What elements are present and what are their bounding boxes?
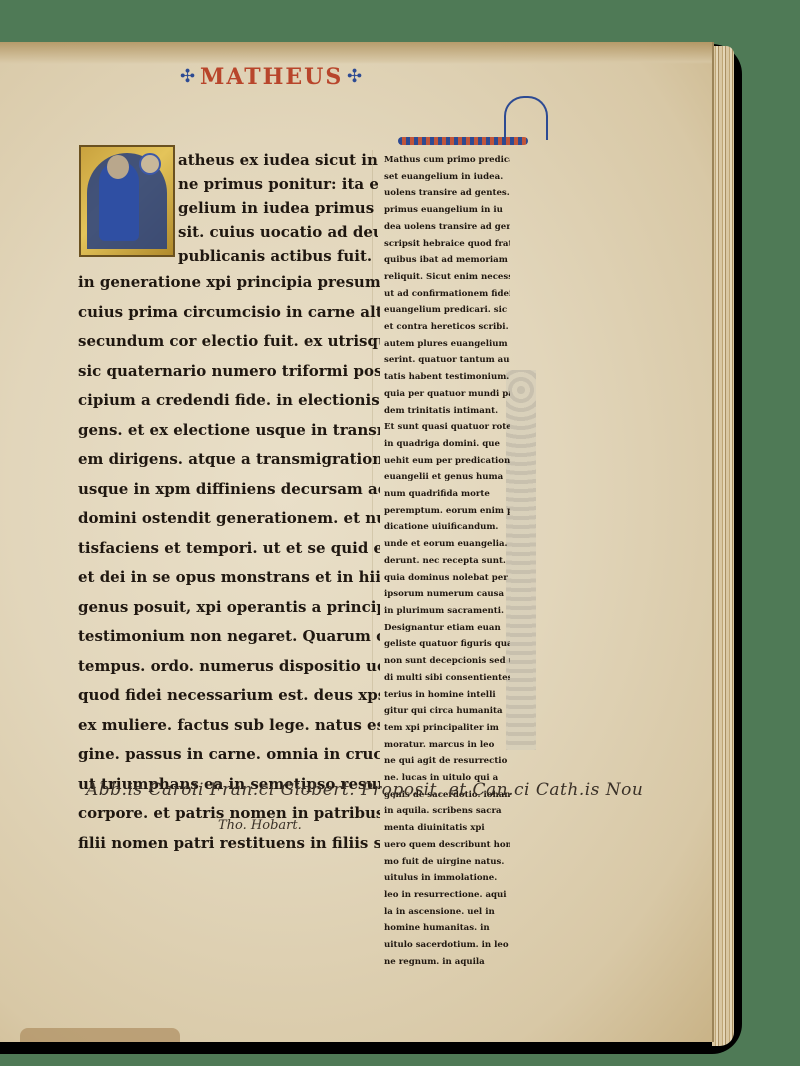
text-line: tempus. ordo. numerus dispositio uel rat… [78, 652, 380, 682]
text-line: in generatione xpi principia presumens u… [78, 268, 380, 298]
text-line: reliquit. Sicut enim necesse fuit [384, 269, 510, 286]
text-line: ipsorum numerum causa [384, 586, 510, 603]
text-line: cuius prima circumcisio in carne alteriu… [78, 298, 380, 328]
text-line: primus euangelium in iu [384, 202, 510, 219]
text-line: atheus ex iudea sicut in ordi [178, 148, 378, 172]
text-line: terius in homine intelli [384, 687, 510, 704]
text-line: dicatione uiuificandum. [384, 519, 510, 536]
text-line: euangelium predicari. sic [384, 302, 510, 319]
text-line: quia per quatuor mundi partes fi [384, 386, 510, 403]
text-line: leo in resurrectione. aqui [384, 887, 510, 904]
text-line: in plurimum sacramenti. [384, 603, 510, 620]
text-line: set euangelium in iudea. [384, 169, 510, 186]
text-line: ex muliere. factus sub lege. natus est e… [78, 711, 380, 741]
text-line: et contra hereticos scribi. Cum [384, 319, 510, 336]
text-line: secundum cor electio fuit. ex utrisque i… [78, 327, 380, 357]
angel-roundel [139, 153, 161, 175]
text-line: tisfaciens et tempori. ut et se quid ess… [78, 534, 380, 564]
text-line: quod fidei necessarium est. deus xps est… [78, 681, 380, 711]
text-line: uitulo sacerdotium. in leo [384, 937, 510, 954]
text-column-right: Mathus cum primo predicas set euangelium… [384, 152, 510, 970]
water-stain-bottom [20, 1028, 180, 1042]
text-line: tatis habent testimonium. [384, 369, 510, 386]
water-stain-top [0, 42, 712, 64]
text-line: em dirigens. atque a transmigrationis di… [78, 445, 380, 475]
text-line: cipium a credendi fide. in electionis te… [78, 386, 380, 416]
text-line: unde et eorum euangelia. deci [384, 536, 510, 553]
text-column-left: in generatione xpi principia presumens u… [78, 268, 380, 858]
text-line: ut ad confirmationem fidei [384, 286, 510, 303]
text-line: Mathus cum primo predicas [384, 152, 510, 169]
text-line: gens. et ex electione usque in transmigr… [78, 416, 380, 446]
text-line: quia dominus nolebat per [384, 570, 510, 587]
text-line: genus posuit, xpi operantis a principio [78, 593, 380, 623]
text-line: moratur. marcus in leo [384, 737, 510, 754]
running-title: MATHEUS [200, 64, 343, 90]
text-line: dem trinitatis intimant. [384, 403, 510, 420]
text-line: tem xpi principaliter im [384, 720, 510, 737]
text-line: scripsit hebraice quod fratribus a [384, 236, 510, 253]
text-line: serint. quatuor tantum auctori [384, 352, 510, 369]
text-line: menta diuinitatis xpi [384, 820, 510, 837]
text-line: geliste quatuor figuris quae [384, 636, 510, 653]
text-line: ne qui agit de resurrectio [384, 753, 510, 770]
text-line: la in ascensione. uel in [384, 904, 510, 921]
text-line: usque in xpm diffiniens decursam aduentu… [78, 475, 380, 505]
text-line: Et sunt quasi quatuor rote [384, 419, 510, 436]
page-edges [712, 46, 734, 1046]
text-line: in aquila. scribens sacra [384, 803, 510, 820]
text-line: Designantur etiam euan [384, 620, 510, 637]
text-line: publicanis actibus fuit. duorum [178, 244, 378, 268]
penwork-scroll [504, 96, 548, 140]
text-line: uolens transire ad gentes. [384, 185, 510, 202]
text-line: et dei in se opus monstrans et in hiis q… [78, 563, 380, 593]
text-line: in quadriga domini. que [384, 436, 510, 453]
text-line: ne regnum. in aquila [384, 954, 510, 971]
ownership-inscription: Abb.is Caroli Fran.ci Giobert. Proposit.… [86, 780, 643, 800]
text-line: gine. passus in carne. omnia in cruce fi… [78, 740, 380, 770]
text-line: mo fuit de uirgine natus. [384, 854, 510, 871]
text-line: uero quem describunt homo [384, 837, 510, 854]
text-line: homine humanitas. in [384, 920, 510, 937]
text-line: sic quaternario numero triformi posito p… [78, 357, 380, 387]
ownership-signature: Tho. Hobart. [218, 818, 302, 833]
text-line: non sunt decepcionis sed uo [384, 653, 510, 670]
text-line: sit. cuius uocatio ad deum ex [178, 220, 378, 244]
text-line: gitur qui circa humanita [384, 703, 510, 720]
blue-quatrefoil-icon: ✣ [347, 66, 362, 87]
text-line: dea uolens transire ad gentes [384, 219, 510, 236]
illuminated-initial [79, 145, 175, 257]
text-line: derunt. nec recepta sunt. [384, 553, 510, 570]
text-line: di multi sibi consentientes. al [384, 670, 510, 687]
text-line: ne primus ponitur: ita euan [178, 172, 378, 196]
bleed-through-ornament [506, 370, 536, 750]
evangelist-head [107, 155, 129, 179]
text-line: domini ostendit generationem. et numero … [78, 504, 380, 534]
text-line: peremptum. eorum enim pre [384, 503, 510, 520]
text-line: autem plures euangelium scrip [384, 336, 510, 353]
text-line: gelium in iudea primus scrip [178, 196, 378, 220]
text-line: quibus ibat ad memoriam [384, 252, 510, 269]
text-line: testimonium non negaret. Quarum omnium r… [78, 622, 380, 652]
blue-quatrefoil-icon: ✣ [180, 66, 195, 87]
text-column-left-top: atheus ex iudea sicut in ordi ne primus … [178, 148, 378, 268]
text-line: uehit eum per predicationem [384, 453, 510, 470]
running-title-text: MATHEUS [200, 64, 343, 90]
text-line: euangelii et genus huma [384, 469, 510, 486]
text-line: uitulus in immolatione. [384, 870, 510, 887]
text-line: num quadrifida morte [384, 486, 510, 503]
